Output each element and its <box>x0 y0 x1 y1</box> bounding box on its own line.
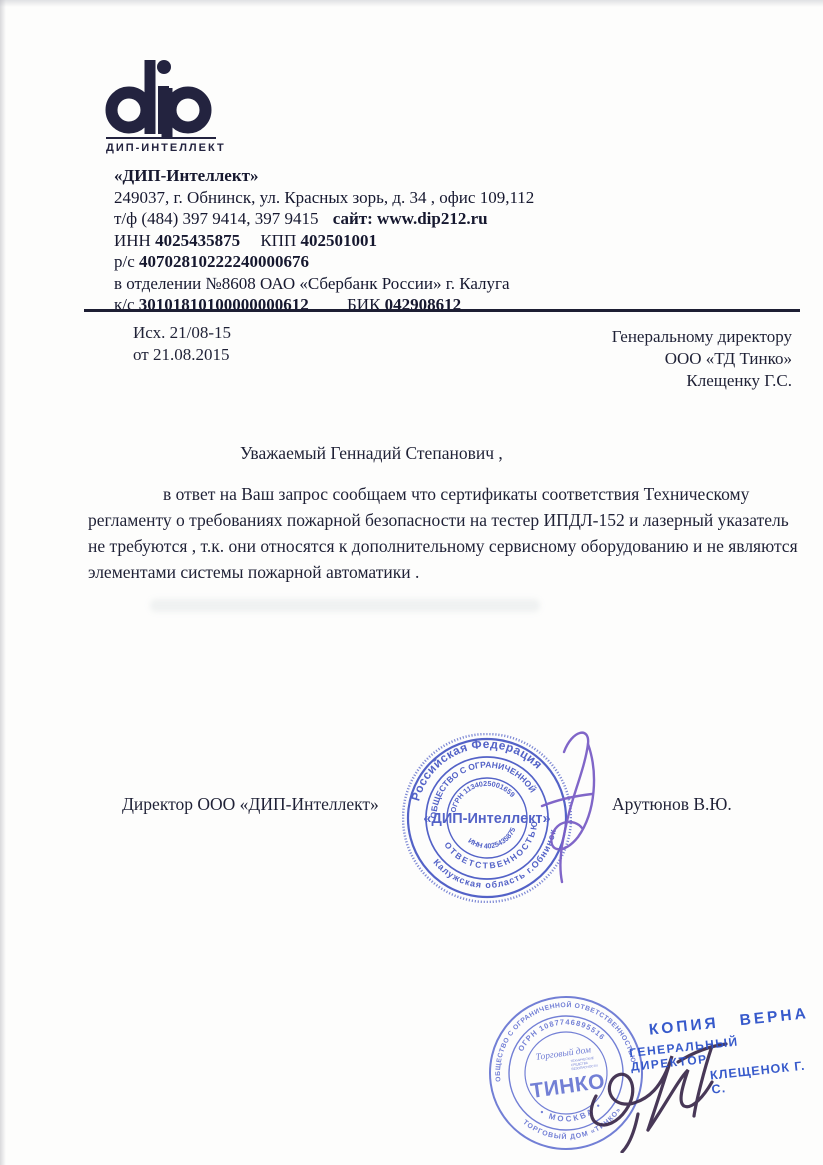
letterhead-phone-site: т/ф (484) 397 9414, 397 9415 сайт: www.d… <box>114 208 534 230</box>
letterhead-branch: в отделении №8608 ОАО «Сбербанк России» … <box>114 273 534 295</box>
letterhead-address: 249037, г. Обнинск, ул. Красных зорь, д.… <box>114 187 534 209</box>
letterhead-site: сайт: www.dip212.ru <box>333 209 488 228</box>
letterhead-phone: т/ф (484) 397 9414, 397 9415 <box>114 209 319 228</box>
dip-logo-icon <box>104 58 219 138</box>
scan-edge-top <box>0 0 823 7</box>
scan-edge-left <box>0 0 6 1165</box>
document-page: ДИП-ИНТЕЛЛЕКТ «ДИП-Интеллект» 249037, г.… <box>0 0 823 1165</box>
letterhead-account: р/с 40702810222240000676 <box>114 251 534 273</box>
recipient-company: ООО «ТД Тинко» <box>612 348 792 370</box>
rs-value: 40702810222240000676 <box>139 252 309 271</box>
kpp-label: КПП <box>260 231 296 250</box>
signer-title: Директор ООО «ДИП-Интеллект» <box>122 794 379 815</box>
faint-smudge <box>150 599 540 612</box>
logo-rule <box>106 137 216 139</box>
inn-value: 4025435875 <box>155 231 240 250</box>
salutation: Уважаемый Геннадий Степанович , <box>240 443 503 464</box>
outgoing-date: от 21.08.2015 <box>133 344 231 366</box>
rs-label: р/с <box>114 252 135 271</box>
body-paragraph: в ответ на Ваш запрос сообщаем что серти… <box>88 481 800 585</box>
recipient-block: Генеральному директору ООО «ТД Тинко» Кл… <box>612 326 792 392</box>
letterhead-inn-kpp: ИНН 4025435875 КПП 402501001 <box>114 230 534 252</box>
recipient-title: Генеральному директору <box>612 326 792 348</box>
outgoing-number: Исх. 21/08-15 <box>133 322 231 344</box>
letterhead: «ДИП-Интеллект» 249037, г. Обнинск, ул. … <box>114 165 534 316</box>
recipient-person: Клещенку Г.С. <box>612 370 792 392</box>
logo-caption: ДИП-ИНТЕЛЛЕКТ <box>106 142 226 154</box>
letterhead-divider <box>84 309 800 312</box>
kpp-value: 402501001 <box>301 231 378 250</box>
reference-block: Исх. 21/08-15 от 21.08.2015 <box>133 322 231 366</box>
letterhead-corr-bik: к/с 30101810100000000612 БИК 042908612 <box>114 294 534 316</box>
director-signature <box>512 722 607 897</box>
letterhead-company: «ДИП-Интеллект» <box>114 165 534 187</box>
inn-label: ИНН <box>114 231 151 250</box>
signer-name: Арутюнов В.Ю. <box>612 794 732 815</box>
